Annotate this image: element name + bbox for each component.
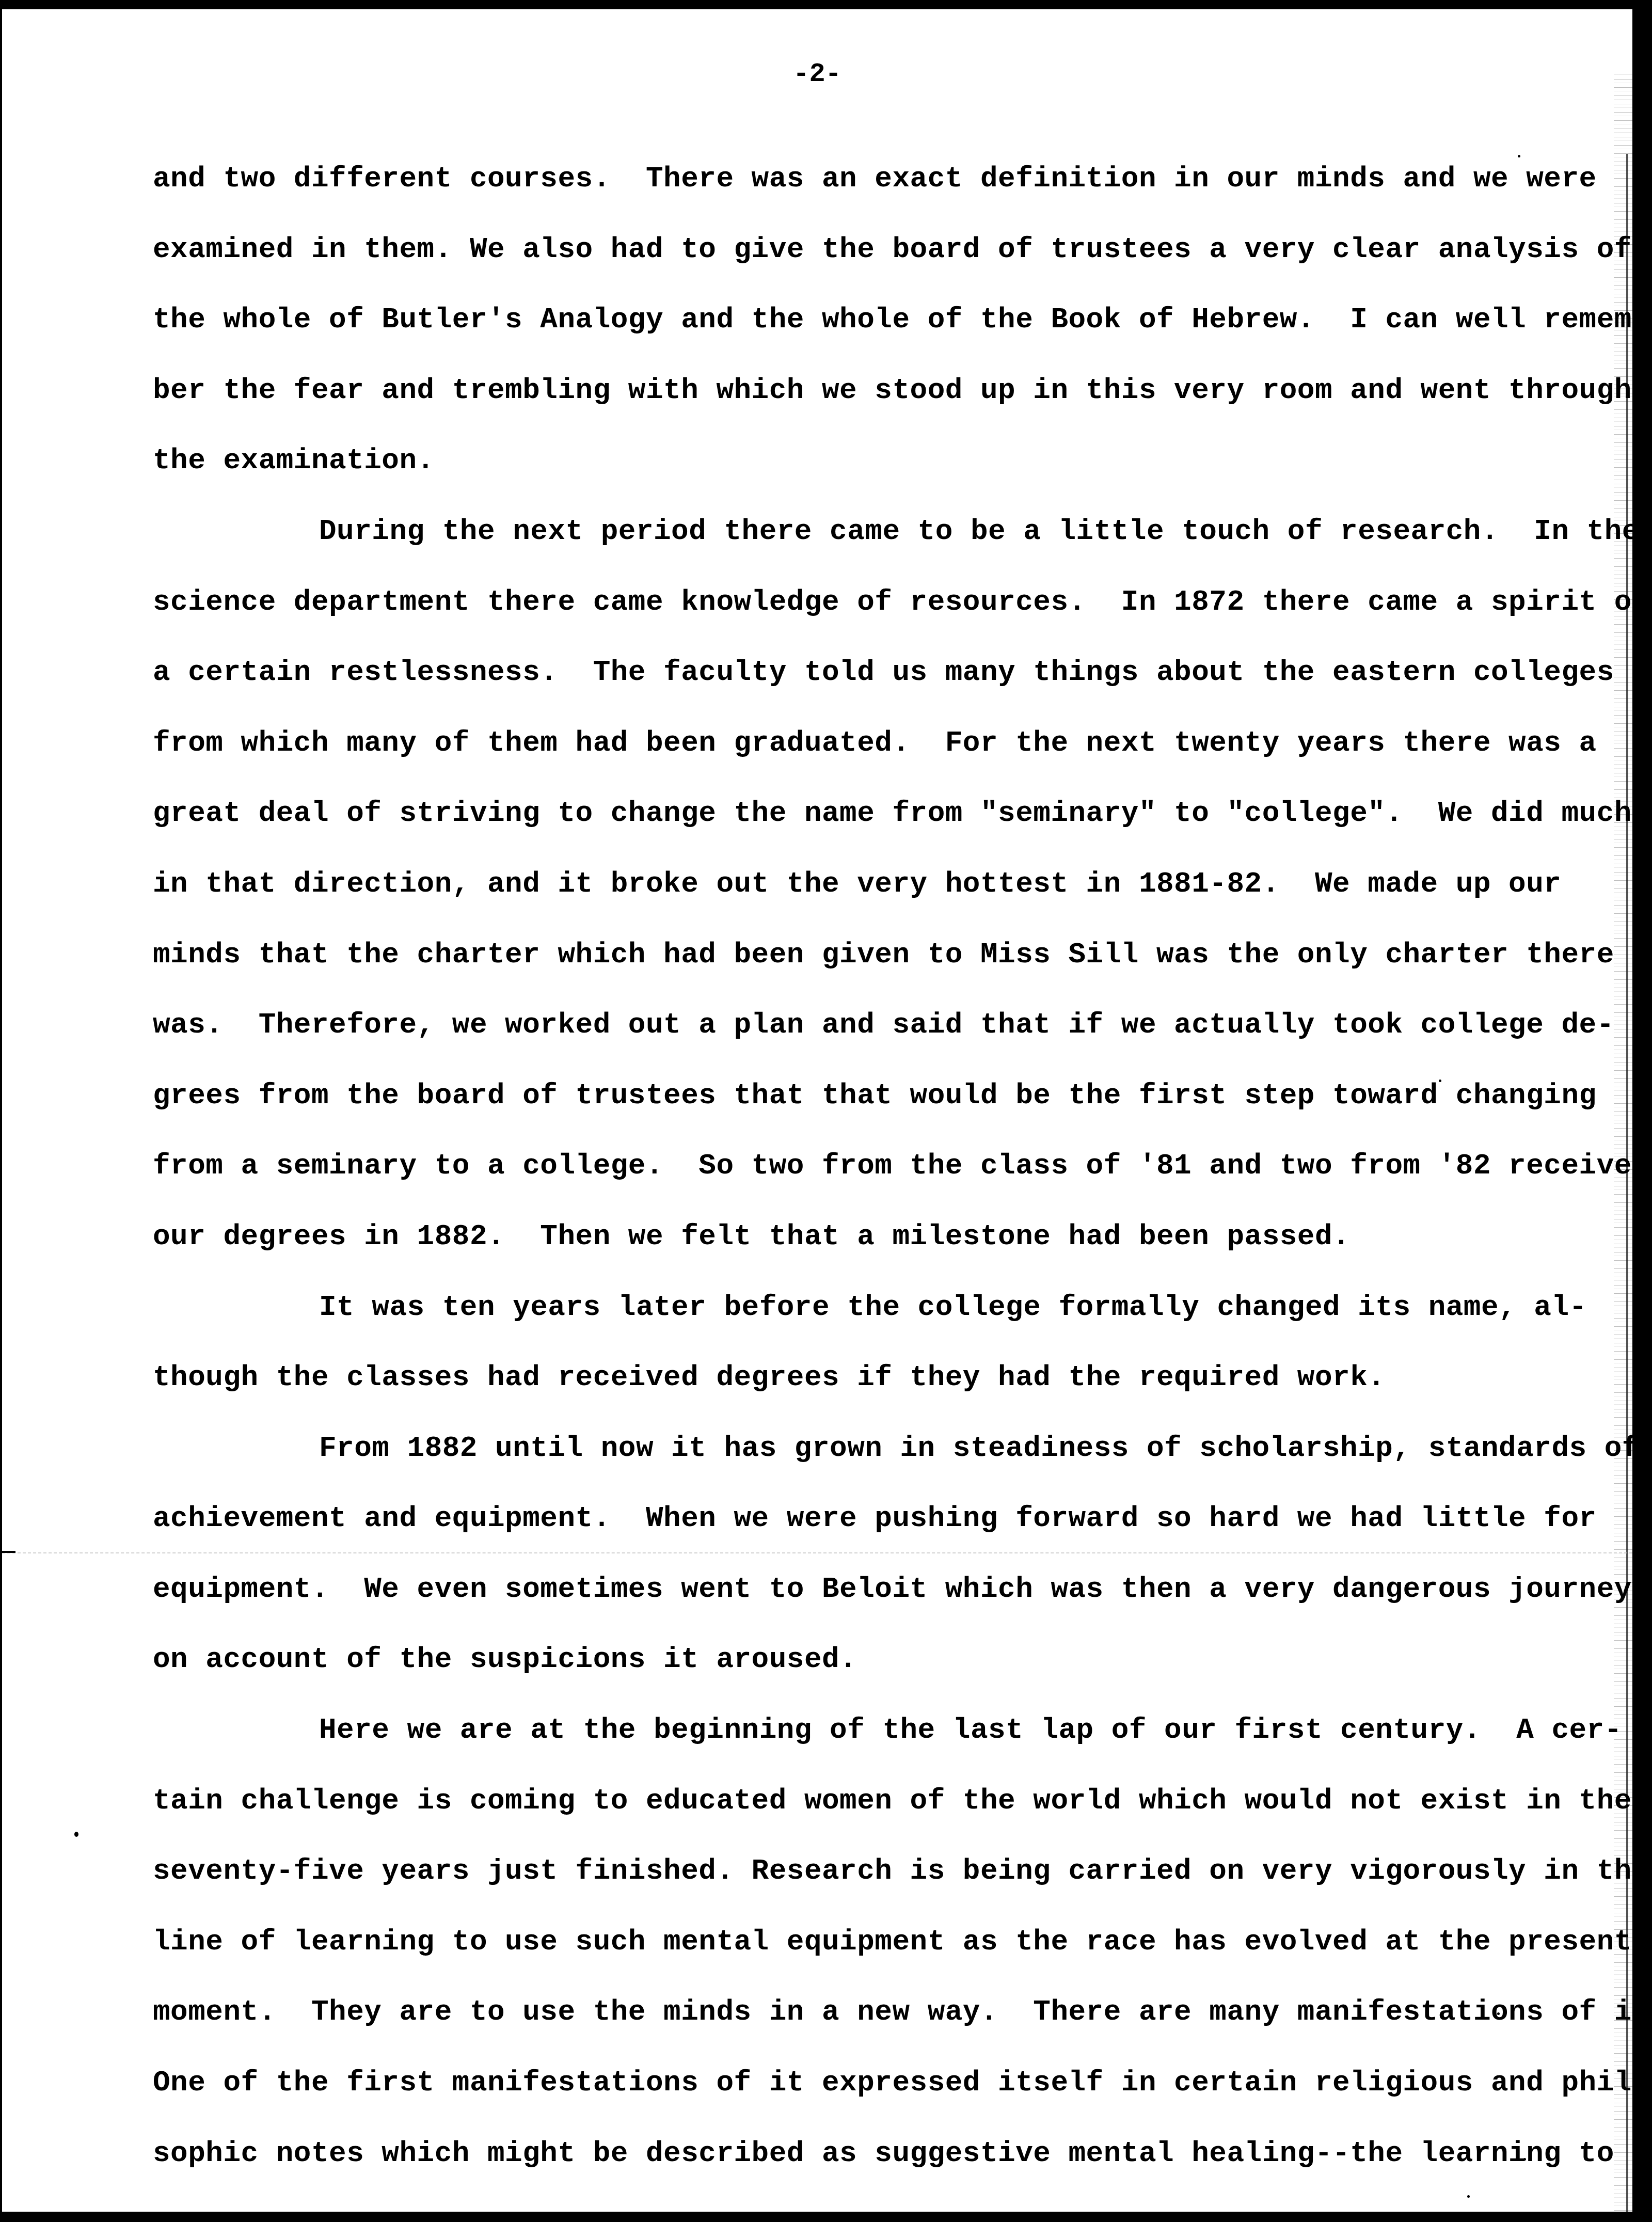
text-line: great deal of striving to change the nam… bbox=[153, 792, 1557, 863]
text-line: moment. They are to use the minds in a n… bbox=[153, 1991, 1557, 2062]
text-line: One of the first manifestations of it ex… bbox=[153, 2062, 1557, 2133]
text-line: grees from the board of trustees that th… bbox=[153, 1075, 1557, 1146]
scan-speck bbox=[1439, 1080, 1441, 1082]
text-line: line of learning to use such mental equi… bbox=[153, 1921, 1557, 1992]
text-line: and two different courses. There was an … bbox=[153, 158, 1557, 229]
text-line: sophic notes which might be described as… bbox=[153, 2133, 1557, 2203]
text-line: minds that the charter which had been gi… bbox=[153, 934, 1557, 1005]
text-line: from which many of them had been graduat… bbox=[153, 722, 1557, 793]
paragraph: and two different courses. There was an … bbox=[153, 158, 1557, 511]
text-line: from a seminary to a college. So two fro… bbox=[153, 1145, 1557, 1216]
document-page: -2- and two different courses. There was… bbox=[2, 9, 1632, 2212]
scan-speck bbox=[1523, 2158, 1526, 2161]
scan-edge-line bbox=[1626, 154, 1628, 2212]
text-line: During the next period there came to be … bbox=[153, 511, 1557, 581]
text-line: a certain restlessness. The faculty told… bbox=[153, 652, 1557, 722]
paragraph: It was ten years later before the colleg… bbox=[153, 1287, 1557, 1427]
scan-speck bbox=[74, 1832, 78, 1837]
paragraph: During the next period there came to be … bbox=[153, 511, 1557, 1287]
paragraph: From 1882 until now it has grown in stea… bbox=[153, 1427, 1557, 1709]
scan-border: -2- and two different courses. There was… bbox=[0, 0, 1652, 2222]
text-line: Here we are at the beginning of the last… bbox=[153, 1709, 1557, 1780]
page-number: -2- bbox=[2, 59, 1632, 89]
text-line: seventy-five years just finished. Resear… bbox=[153, 1850, 1557, 1921]
text-line: was. Therefore, we worked out a plan and… bbox=[153, 1004, 1557, 1075]
text-line: in that direction, and it broke out the … bbox=[153, 863, 1557, 934]
text-line: ber the fear and trembling with which we… bbox=[153, 370, 1557, 440]
text-line: the examination. bbox=[153, 440, 1557, 511]
fold-mark bbox=[2, 1551, 15, 1553]
text-line: our degrees in 1882. Then we felt that a… bbox=[153, 1216, 1557, 1287]
typewritten-body: and two different courses. There was an … bbox=[153, 158, 1557, 2203]
text-line: From 1882 until now it has grown in stea… bbox=[153, 1427, 1557, 1498]
text-line: though the classes had received degrees … bbox=[153, 1357, 1557, 1427]
text-line: examined in them. We also had to give th… bbox=[153, 229, 1557, 299]
text-line: on account of the suspicions it aroused. bbox=[153, 1639, 1557, 1709]
scan-speck bbox=[1497, 2012, 1500, 2015]
text-line: tain challenge is coming to educated wom… bbox=[153, 1780, 1557, 1851]
paragraph: Here we are at the beginning of the last… bbox=[153, 1709, 1557, 2203]
text-line: achievement and equipment. When we were … bbox=[153, 1498, 1557, 1568]
scan-speck bbox=[1467, 2195, 1470, 2198]
text-line: the whole of Butler's Analogy and the wh… bbox=[153, 299, 1557, 370]
text-line: science department there came knowledge … bbox=[153, 581, 1557, 652]
text-line: It was ten years later before the colleg… bbox=[153, 1287, 1557, 1357]
scan-speck bbox=[1518, 155, 1520, 157]
text-line: equipment. We even sometimes went to Bel… bbox=[153, 1568, 1557, 1639]
